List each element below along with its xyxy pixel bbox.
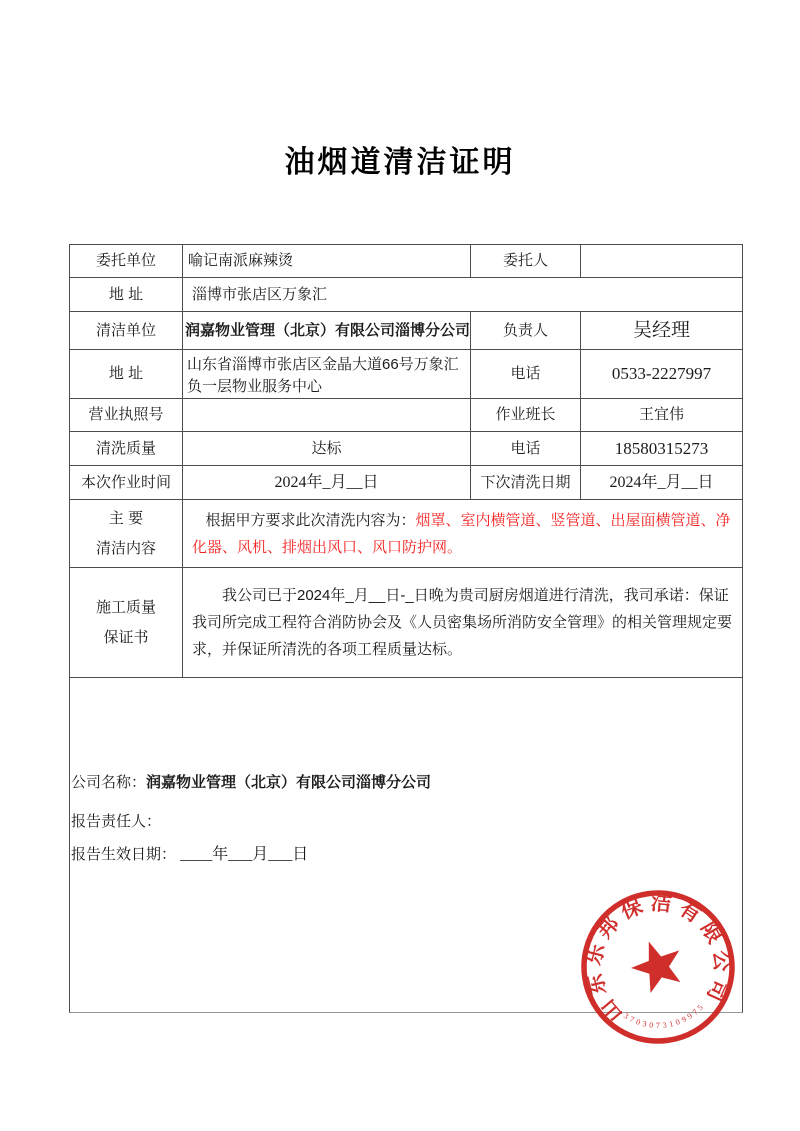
company-seal-stamp: 山东乐邦保洁有限公司 3703073109975 xyxy=(573,882,743,1052)
cell-value-cleaning-unit: 润嘉物业管理（北京）有限公司淄博分公司 xyxy=(183,312,471,349)
cell-label-entrusting-unit: 委托单位 xyxy=(70,245,183,277)
cell-value-license-number xyxy=(183,399,471,431)
label-line2: 清洁内容 xyxy=(96,534,156,564)
cell-value-phone2: 18580315273 xyxy=(581,432,742,465)
table-row: 委托单位 喻记南派麻辣烫 委托人 xyxy=(70,245,742,278)
label-line2: 保证书 xyxy=(103,623,148,653)
table-row: 地 址 淄博市张店区万象汇 xyxy=(70,278,742,312)
cell-label-address2: 地 址 xyxy=(70,350,183,398)
footer-block: 公司名称：润嘉物业管理（北京）有限公司淄博分公司 报告责任人： 报告生效日期： … xyxy=(71,773,631,884)
table-row: 清洁单位 润嘉物业管理（北京）有限公司淄博分公司 负责人 吴经理 xyxy=(70,312,742,350)
cell-label-team-leader: 作业班长 xyxy=(471,399,581,431)
company-name-line: 公司名称：润嘉物业管理（北京）有限公司淄博分公司 xyxy=(71,773,631,792)
cell-label-main-cleaning-content: 主 要 清洁内容 xyxy=(70,500,183,567)
cell-value-work-date: 2024年_月__日 xyxy=(183,466,471,499)
cell-label-responsible-person: 负责人 xyxy=(471,312,581,349)
label-line1: 主 要 xyxy=(109,504,143,534)
cell-label-cleaning-quality: 清洗质量 xyxy=(70,432,183,465)
cell-value-cleaning-quality: 达标 xyxy=(183,432,471,465)
cell-label-next-cleaning-date: 下次清洗日期 xyxy=(471,466,581,499)
table-row: 清洗质量 达标 电话 18580315273 xyxy=(70,432,742,466)
company-name-label: 公司名称： xyxy=(71,774,146,791)
page-title: 油烟道清洁证明 xyxy=(0,137,800,181)
report-date-value: ____年___月___日 xyxy=(180,846,308,863)
company-name-value: 润嘉物业管理（北京）有限公司淄博分公司 xyxy=(146,774,431,791)
cell-value-responsible-person: 吴经理 xyxy=(581,312,742,349)
cell-value-quality-guarantee: 我公司已于2024年_月__日-_日晚为贵司厨房烟道进行清洗，我司承诺：保证我司… xyxy=(183,582,742,663)
cell-value-next-cleaning-date: 2024年_月__日 xyxy=(581,466,742,499)
cell-value-address1: 淄博市张店区万象汇 xyxy=(183,278,742,311)
cell-label-address1: 地 址 xyxy=(70,278,183,311)
cell-label-cleaning-unit: 清洁单位 xyxy=(70,312,183,349)
seal-star-icon xyxy=(628,938,685,996)
certificate-page: 油烟道清洁证明 委托单位 喻记南派麻辣烫 委托人 地 址 淄博市张店区万象汇 清… xyxy=(0,0,800,1131)
cell-value-team-leader: 王宜伟 xyxy=(581,399,742,431)
cell-label-phone1: 电话 xyxy=(471,350,581,398)
cleaning-content-intro: 根据甲方要求此次清洗内容为： xyxy=(206,512,416,529)
table-row: 本次作业时间 2024年_月__日 下次清洗日期 2024年_月__日 xyxy=(70,466,742,500)
cell-label-license-number: 营业执照号 xyxy=(70,399,183,431)
table-row: 地 址 山东省淄博市张店区金晶大道66号万象汇负一层物业服务中心 电话 0533… xyxy=(70,350,742,399)
cell-value-entrusting-unit: 喻记南派麻辣烫 xyxy=(183,245,471,277)
cell-label-phone2: 电话 xyxy=(471,432,581,465)
label-line1: 施工质量 xyxy=(96,593,156,623)
cell-label-entrusting-person: 委托人 xyxy=(471,245,581,277)
table-row: 主 要 清洁内容 根据甲方要求此次清洗内容为：烟罩、室内横管道、竖管道、出屋面横… xyxy=(70,500,742,568)
cell-value-address2: 山东省淄博市张店区金晶大道66号万象汇负一层物业服务中心 xyxy=(183,351,470,398)
cell-label-quality-guarantee: 施工质量 保证书 xyxy=(70,568,183,677)
cell-value-phone1: 0533-2227997 xyxy=(581,350,742,398)
table-row: 施工质量 保证书 我公司已于2024年_月__日-_日晚为贵司厨房烟道进行清洗，… xyxy=(70,568,742,678)
report-date-line: 报告生效日期： ____年___月___日 xyxy=(71,845,631,864)
cell-value-entrusting-person xyxy=(581,245,742,277)
report-date-label: 报告生效日期： xyxy=(71,846,176,863)
cell-value-main-cleaning-content: 根据甲方要求此次清洗内容为：烟罩、室内横管道、竖管道、出屋面横管道、净化器、风机… xyxy=(183,507,742,561)
table-row: 营业执照号 作业班长 王宜伟 xyxy=(70,399,742,432)
cell-label-work-date: 本次作业时间 xyxy=(70,466,183,499)
report-person-line: 报告责任人： xyxy=(71,812,631,831)
